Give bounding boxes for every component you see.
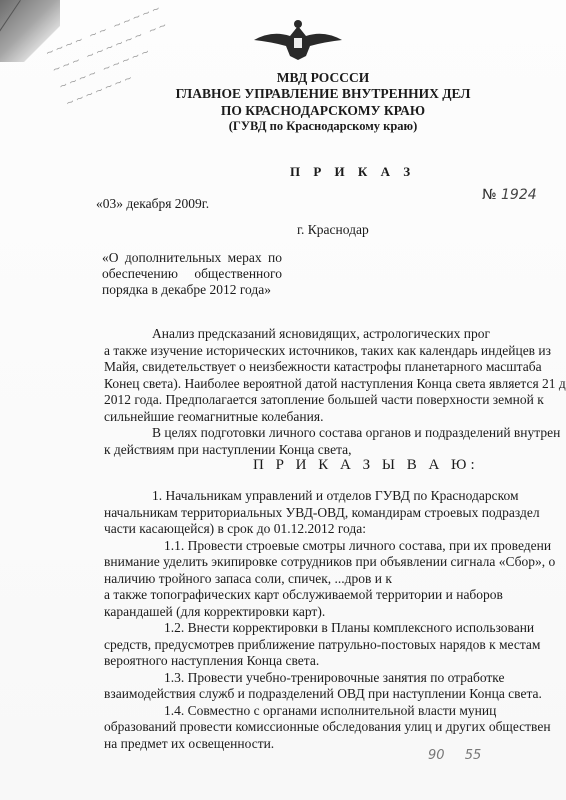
preamble-line: Майя, свидетельствует о неизбежности кат… (104, 359, 566, 376)
order-subject: «О дополнительных мерах по обеспечению о… (102, 250, 282, 298)
preamble: Анализ предсказаний ясновидящих, астроло… (104, 326, 566, 458)
header-department: ГЛАВНОЕ УПРАВЛЕНИЕ ВНУТРЕННИХ ДЕЛ (40, 86, 566, 101)
margin-note: 90 (428, 748, 445, 763)
header-ministry: МВД РОССCИ (40, 70, 566, 85)
order-items: 1. Начальникам управлений и отделов ГУВД… (104, 488, 566, 752)
item-line: средств, предусмотрев приближение патрул… (104, 637, 566, 654)
preamble-line: Анализ предсказаний ясновидящих, астроло… (104, 326, 566, 343)
preamble-line: В целях подготовки личного состава орган… (104, 425, 566, 442)
item-line: образований провести комиссионные обслед… (104, 719, 566, 736)
item-line: а также топографических карт обслуживаем… (104, 587, 566, 604)
item-line: части касающейся) в срок до 01.12.2012 г… (104, 521, 566, 538)
item-line: 1. Начальникам управлений и отделов ГУВД… (104, 488, 566, 505)
order-number: № 1924 (482, 187, 537, 203)
header-region: ПО КРАСНОДАРСКОМУ КРАЮ (40, 103, 566, 118)
item-line: 1.1. Провести строевые смотры личного со… (104, 538, 566, 555)
item-line: внимание уделить экипировке сотрудников … (104, 554, 566, 571)
number-value: 1924 (501, 187, 537, 203)
preamble-line: сильнейшие геомагнитные колебания. (104, 409, 566, 426)
margin-note: 55 (465, 748, 482, 763)
city: г. Краснодар (297, 222, 369, 238)
number-prefix: № (482, 187, 497, 203)
order-title: П Р И К А З (290, 164, 415, 180)
directive-heading: П Р И К А З Ы В А Ю: (253, 457, 479, 474)
preamble-line: 2012 года. Предполагается затопление бол… (104, 392, 566, 409)
double-headed-eagle-emblem (252, 18, 344, 62)
pencil-margin-notes: 90 55 (428, 748, 497, 763)
header-abbreviation: (ГУВД по Краснодарскому краю) (40, 119, 566, 134)
item-line: 1.2. Внести корректировки в Планы компле… (104, 620, 566, 637)
preamble-line: а также изучение исторических источников… (104, 343, 566, 360)
item-line: 1.4. Совместно с органами исполнительной… (104, 703, 566, 720)
preamble-line: Конец света). Наиболее вероятной датой н… (104, 376, 566, 393)
item-line: 1.3. Провести учебно-тренировочные занят… (104, 670, 566, 687)
order-date: «03» декабря 2009г. (96, 196, 209, 212)
item-line: карандашей (для корректировки карт). (104, 604, 566, 621)
scanned-page: ~~~~ ~~ ~~~~~~~~ ~~~~~~ ~~~~~~ ~~~~~~~~~… (0, 0, 566, 800)
preamble-line: к действиям при наступлении Конца света, (104, 442, 566, 459)
item-line: вероятного наступления Конца света. (104, 653, 566, 670)
item-line: взаимодействия служб и подразделений ОВД… (104, 686, 566, 703)
item-line: наличию тройного запаса соли, спичек, ..… (104, 571, 566, 588)
item-line: начальникам территориальных УВД-ОВД, ком… (104, 505, 566, 522)
